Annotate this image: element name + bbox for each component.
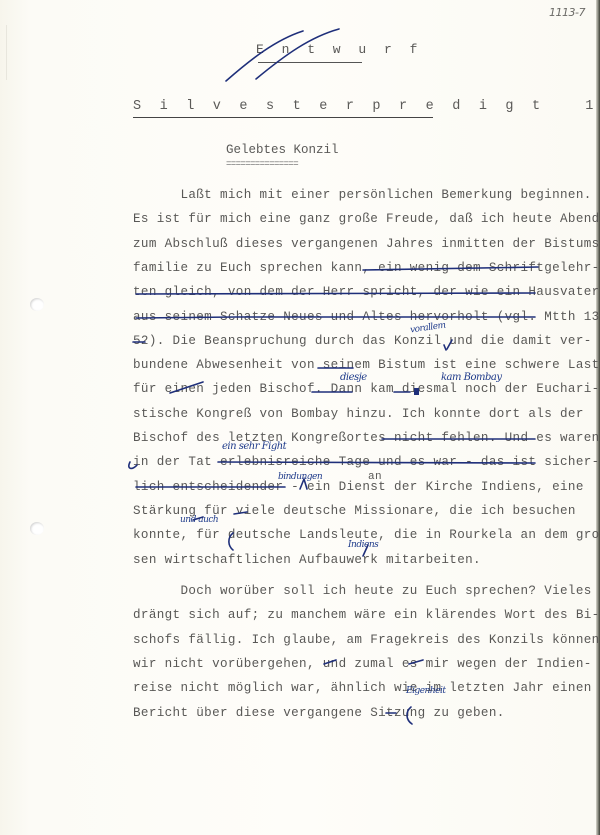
text-line: Bischof des letzten Kongreßortes nicht f…: [133, 431, 600, 445]
paper-crease: [6, 25, 17, 80]
text-line: in der Tat erlebnisreiche Tage und es wa…: [133, 455, 600, 469]
draft-label: E n t w u r f: [256, 42, 422, 57]
text-line: aus seinem Schatze Neues und Altes hervo…: [133, 310, 600, 324]
document-page: 1113-7 E n t w u r f S i l v e s t e r p…: [0, 0, 600, 835]
punch-hole-top: [30, 298, 44, 311]
archive-number: 1113-7: [549, 6, 585, 19]
handwritten-indiens: Indiens: [348, 540, 378, 550]
text-line: bundene Abwesenheit von seinem Bistum is…: [133, 358, 600, 372]
handwritten-und-auch: und auch: [180, 515, 218, 525]
text-line: stische Kongreß von Bombay hinzu. Ich ko…: [133, 407, 584, 421]
typed-insert-an: an: [368, 471, 382, 483]
title-underline: [133, 117, 433, 118]
text-line: familie zu Euch sprechen kann, ein wenig…: [133, 261, 600, 275]
text-line: reise nicht möglich war, ähnlich wie im …: [133, 681, 592, 695]
text-line: schofs fällig. Ich glaube, am Fragekreis…: [133, 633, 600, 647]
text-line: ten gleich, von dem der Herr spricht, de…: [133, 285, 600, 299]
text-line: wir nicht vorübergehen, und zumal es mir…: [133, 657, 592, 671]
text-line: Bericht über diese vergangene Sitzung zu…: [133, 706, 505, 720]
handwritten-kam-bombay: kam Bombay: [441, 372, 502, 383]
text-line: sen wirtschaftlichen Aufbauwerk mitarbei…: [133, 553, 481, 567]
text-line: 52). Die Beanspruchung durch das Konzil …: [133, 334, 592, 348]
handwritten-bindungen: bindungen: [278, 472, 322, 482]
text-line: für einen jeden Bischof. Dann kam diesma…: [133, 382, 600, 396]
handwritten-eigenheit: Eigenheit: [406, 686, 445, 696]
page-edge-shadow: [596, 0, 600, 835]
text-line: drängt sich auf; zu manchem wäre ein klä…: [133, 608, 600, 622]
page-title: S i l v e s t e r p r e d i g t 1 9 6 4: [133, 99, 600, 114]
handwritten-diesje: diesje: [340, 372, 367, 383]
subtitle: Gelebtes Konzil: [226, 143, 339, 157]
text-line: zum Abschluß dieses vergangenen Jahres i…: [133, 237, 600, 251]
text-line: Es ist für mich eine ganz große Freude, …: [133, 212, 600, 226]
draft-underline: [258, 62, 362, 63]
punch-hole-bottom: [30, 522, 44, 535]
text-line: Laßt mich mit einer persönlichen Bemerku…: [133, 188, 592, 202]
handwritten-sehr-fight: ein sehr Fight: [222, 441, 286, 452]
subtitle-underline: ===============: [226, 159, 298, 169]
text-line: Doch worüber soll ich heute zu Euch spre…: [133, 584, 592, 598]
text-line: lich entscheidender - ein Dienst der Kir…: [133, 480, 584, 494]
